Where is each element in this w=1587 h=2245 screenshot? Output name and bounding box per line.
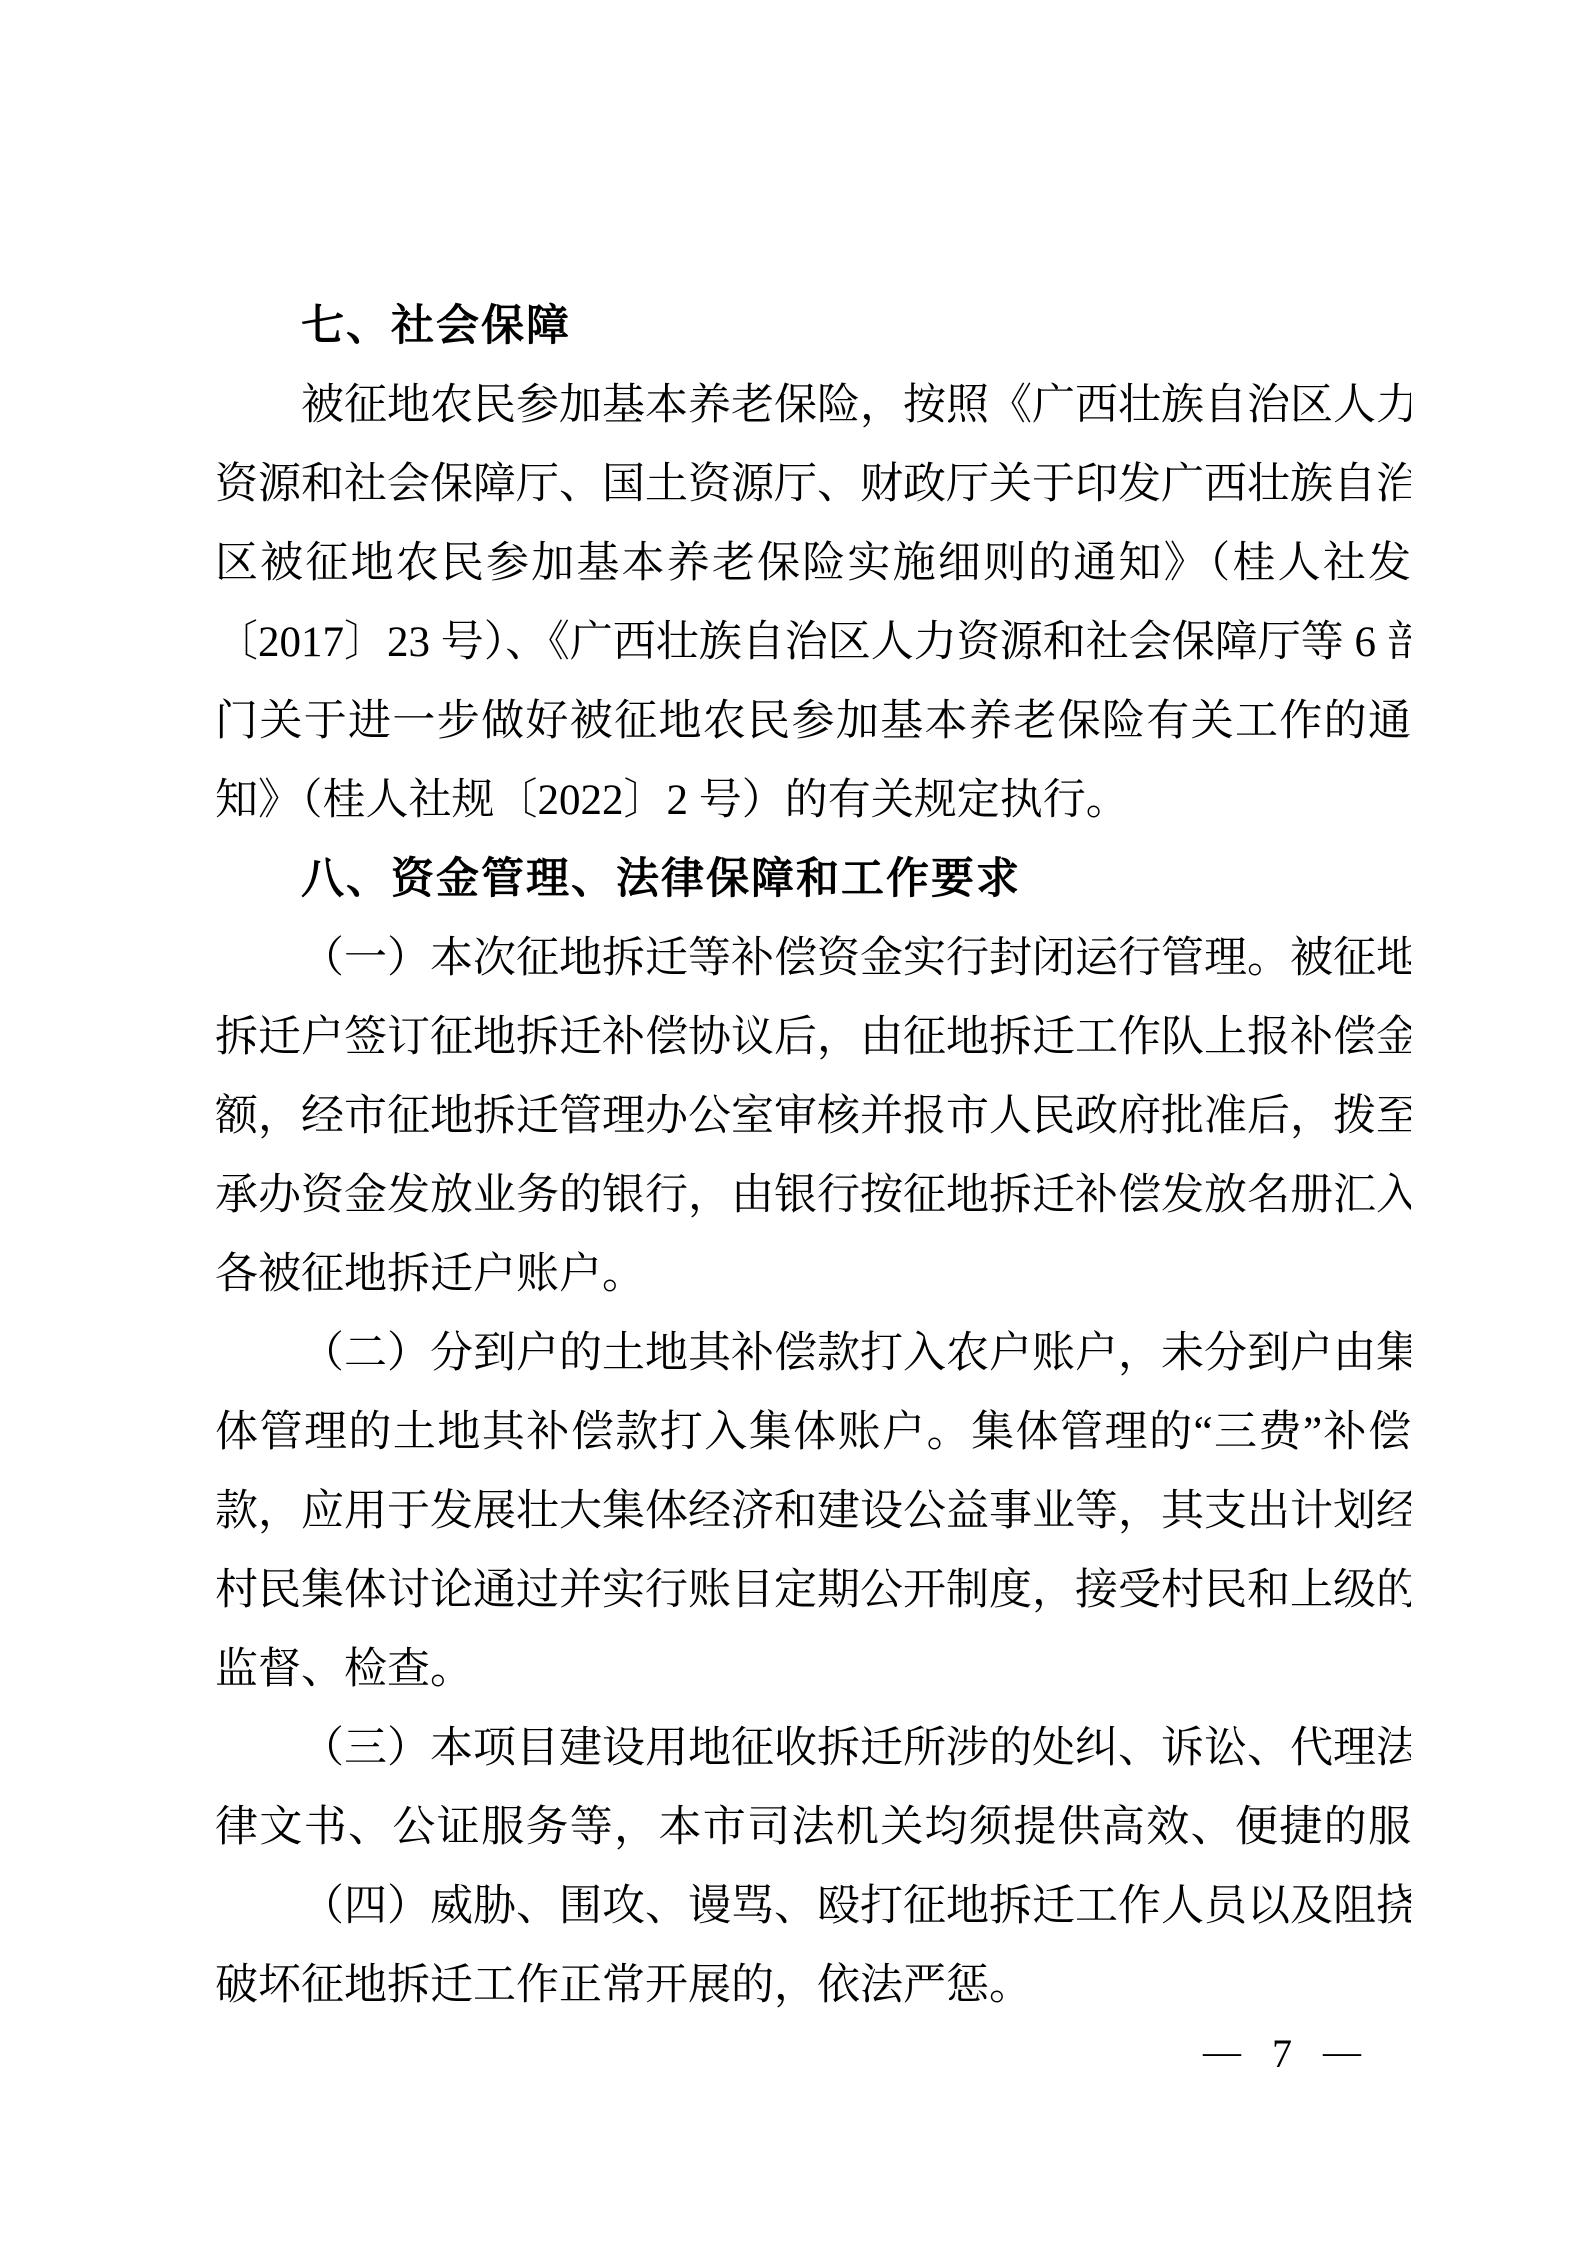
document-line: 体管理的土地其补偿款打入集体账户。集体管理的“三费”补偿 [215, 1393, 1411, 1472]
document-line: 律文书、公证服务等，本市司法机关均须提供高效、便捷的服务。 [215, 1788, 1411, 1867]
document-line: （二）分到户的土地其补偿款打入农户账户，未分到户由集 [215, 1314, 1411, 1393]
document-line: 资源和社会保障厅、国土资源厅、财政厅关于印发广西壮族自治 [215, 445, 1411, 524]
document-line: 款，应用于发展壮大集体经济和建设公益事业等，其支出计划经 [215, 1472, 1411, 1551]
document-line: 破坏征地拆迁工作正常开展的，依法严惩。 [215, 1946, 1411, 2025]
document-line: 村民集体讨论通过并实行账目定期公开制度，接受村民和上级的 [215, 1551, 1411, 1630]
section-heading: 八、资金管理、法律保障和工作要求 [215, 840, 1411, 919]
document-line: （一）本次征地拆迁等补偿资金实行封闭运行管理。被征地 [215, 919, 1411, 998]
document-line: 拆迁户签订征地拆迁补偿协议后，由征地拆迁工作队上报补偿金 [215, 998, 1411, 1077]
document-line: 额，经市征地拆迁管理办公室审核并报市人民政府批准后，拨至 [215, 1077, 1411, 1156]
document-line: 知》（桂人社规〔2022〕2 号）的有关规定执行。 [215, 761, 1411, 840]
footer-dash-left: — [1203, 2030, 1241, 2074]
document-line: （三）本项目建设用地征收拆迁所涉的处纠、诉讼、代理法 [215, 1709, 1411, 1788]
document-line: 承办资金发放业务的银行，由银行按征地拆迁补偿发放名册汇入 [215, 1156, 1411, 1235]
section-heading: 七、社会保障 [215, 287, 1411, 366]
document-line: （四）威胁、围攻、谩骂、殴打征地拆迁工作人员以及阻挠、 [215, 1867, 1411, 1946]
page-number: 7 [1272, 2030, 1292, 2077]
document-line: 门关于进一步做好被征地农民参加基本养老保险有关工作的通 [215, 682, 1411, 761]
document-line: 〔2017〕23 号）、《广西壮族自治区人力资源和社会保障厅等 6 部 [215, 603, 1411, 682]
document-page: 七、社会保障被征地农民参加基本养老保险，按照《广西壮族自治区人力资源和社会保障厅… [0, 0, 1587, 2245]
document-line: 区被征地农民参加基本养老保险实施细则的通知》（桂人社发 [215, 524, 1411, 603]
document-line: 各被征地拆迁户账户。 [215, 1235, 1411, 1314]
document-line: 被征地农民参加基本养老保险，按照《广西壮族自治区人力 [215, 366, 1411, 445]
document-body: 七、社会保障被征地农民参加基本养老保险，按照《广西壮族自治区人力资源和社会保障厅… [215, 287, 1411, 2025]
page-footer: — 7 — [1203, 2030, 1361, 2077]
document-line: 监督、检查。 [215, 1630, 1411, 1709]
footer-dash-right: — [1323, 2030, 1361, 2074]
